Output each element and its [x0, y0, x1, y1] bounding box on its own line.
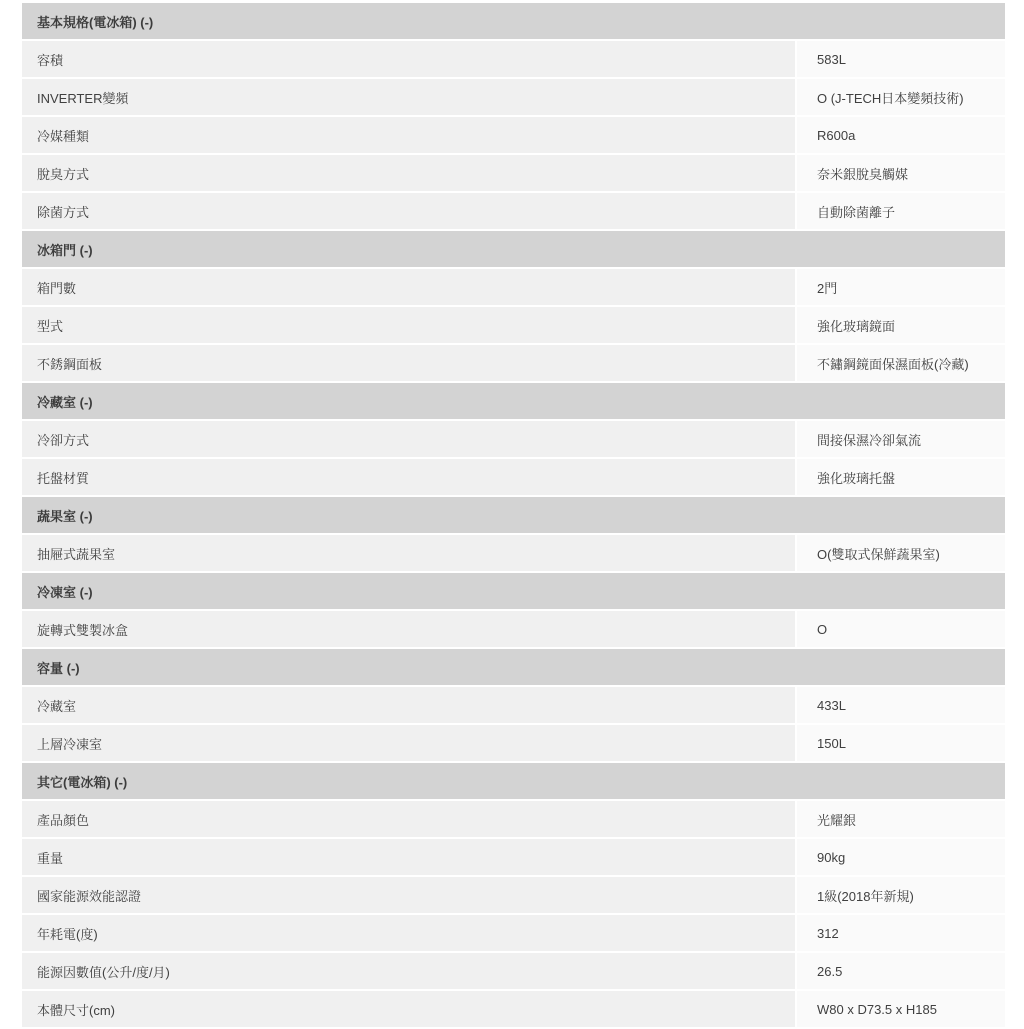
spec-value-cell: 不鏽鋼鏡面保濕面板(冷藏) — [795, 345, 1005, 381]
spec-label-cell: 箱門數 — [22, 269, 795, 305]
spec-label: 抽屜式蔬果室 — [37, 544, 115, 563]
spec-label-cell: 冷藏室 — [22, 687, 795, 723]
spec-value-cell: O — [795, 611, 1005, 647]
spec-label-cell: 重量 — [22, 839, 795, 875]
section-title: 容量 (-) — [37, 658, 80, 677]
spec-label-cell: 國家能源效能認證 — [22, 877, 795, 913]
spec-row: 容積 583L — [22, 41, 1005, 77]
spec-row: 國家能源效能認證 1級(2018年新規) — [22, 877, 1005, 913]
spec-label: 重量 — [37, 848, 63, 867]
spec-value: 583L — [817, 52, 846, 67]
spec-value-cell: 強化玻璃鏡面 — [795, 307, 1005, 343]
spec-value-cell: 26.5 — [795, 953, 1005, 989]
spec-row: 抽屜式蔬果室 O(雙取式保鮮蔬果室) — [22, 535, 1005, 571]
spec-value-cell: 583L — [795, 41, 1005, 77]
spec-label: 上層冷凍室 — [37, 734, 102, 753]
section-header[interactable]: 基本規格(電冰箱) (-) — [22, 3, 1005, 39]
section-title: 冷凍室 (-) — [37, 582, 93, 601]
spec-label: 型式 — [37, 316, 63, 335]
spec-label: 除菌方式 — [37, 202, 89, 221]
spec-label: 年耗電(度) — [37, 924, 98, 943]
spec-label-cell: 年耗電(度) — [22, 915, 795, 951]
spec-row: INVERTER變頻 O (J-TECH日本變頻技術) — [22, 79, 1005, 115]
spec-value-cell: 奈米銀脫臭觸媒 — [795, 155, 1005, 191]
spec-value-cell: 2門 — [795, 269, 1005, 305]
spec-row: 產品顏色 光耀銀 — [22, 801, 1005, 837]
spec-value-cell: 強化玻璃托盤 — [795, 459, 1005, 495]
spec-row: 冷藏室 433L — [22, 687, 1005, 723]
spec-value: 150L — [817, 736, 846, 751]
spec-label-cell: 托盤材質 — [22, 459, 795, 495]
spec-label: 冷卻方式 — [37, 430, 89, 449]
spec-value-cell: 自動除菌離子 — [795, 193, 1005, 229]
section-title: 蔬果室 (-) — [37, 506, 93, 525]
spec-value: 強化玻璃托盤 — [817, 468, 895, 487]
spec-label: 托盤材質 — [37, 468, 89, 487]
spec-label: 脫臭方式 — [37, 164, 89, 183]
spec-value-cell: 光耀銀 — [795, 801, 1005, 837]
section-title: 基本規格(電冰箱) (-) — [37, 12, 153, 31]
spec-row: 不銹鋼面板 不鏽鋼鏡面保濕面板(冷藏) — [22, 345, 1005, 381]
spec-row: 箱門數 2門 — [22, 269, 1005, 305]
section-header[interactable]: 其它(電冰箱) (-) — [22, 763, 1005, 799]
section-header[interactable]: 冷藏室 (-) — [22, 383, 1005, 419]
spec-label-cell: 抽屜式蔬果室 — [22, 535, 795, 571]
spec-value: O(雙取式保鮮蔬果室) — [817, 544, 940, 563]
spec-label: 本體尺寸(cm) — [37, 1000, 115, 1019]
section-title: 其它(電冰箱) (-) — [37, 772, 127, 791]
spec-value-cell: 90kg — [795, 839, 1005, 875]
spec-label: 國家能源效能認證 — [37, 886, 141, 905]
spec-value: O (J-TECH日本變頻技術) — [817, 88, 964, 107]
spec-row: 冷媒種類 R600a — [22, 117, 1005, 153]
spec-value: 奈米銀脫臭觸媒 — [817, 164, 908, 183]
spec-row: 托盤材質 強化玻璃托盤 — [22, 459, 1005, 495]
spec-value: O — [817, 622, 827, 637]
spec-label-cell: 容積 — [22, 41, 795, 77]
spec-row: 旋轉式雙製冰盒 O — [22, 611, 1005, 647]
spec-row: 型式 強化玻璃鏡面 — [22, 307, 1005, 343]
spec-value: 不鏽鋼鏡面保濕面板(冷藏) — [817, 354, 969, 373]
spec-label-cell: 旋轉式雙製冰盒 — [22, 611, 795, 647]
spec-value: 26.5 — [817, 964, 842, 979]
spec-row: 本體尺寸(cm) W80 x D73.5 x H185 — [22, 991, 1005, 1024]
spec-value: 433L — [817, 698, 846, 713]
spec-table: 基本規格(電冰箱) (-) 容積 583L INVERTER變頻 O (J-TE… — [22, 3, 1005, 1024]
spec-row: 上層冷凍室 150L — [22, 725, 1005, 761]
spec-label-cell: 脫臭方式 — [22, 155, 795, 191]
spec-value: 光耀銀 — [817, 810, 856, 829]
spec-label-cell: 不銹鋼面板 — [22, 345, 795, 381]
spec-value-cell: R600a — [795, 117, 1005, 153]
spec-row: 脫臭方式 奈米銀脫臭觸媒 — [22, 155, 1005, 191]
spec-value: W80 x D73.5 x H185 — [817, 1002, 937, 1017]
spec-value: 強化玻璃鏡面 — [817, 316, 895, 335]
spec-label-cell: 冷媒種類 — [22, 117, 795, 153]
spec-value: 自動除菌離子 — [817, 202, 895, 221]
spec-value-cell: O(雙取式保鮮蔬果室) — [795, 535, 1005, 571]
spec-value: 2門 — [817, 278, 837, 297]
spec-value: R600a — [817, 128, 855, 143]
spec-value-cell: 間接保濕冷卻氣流 — [795, 421, 1005, 457]
spec-label-cell: 除菌方式 — [22, 193, 795, 229]
spec-value: 間接保濕冷卻氣流 — [817, 430, 921, 449]
section-header[interactable]: 冰箱門 (-) — [22, 231, 1005, 267]
section-header[interactable]: 冷凍室 (-) — [22, 573, 1005, 609]
spec-value: 1級(2018年新規) — [817, 886, 914, 905]
spec-label-cell: 本體尺寸(cm) — [22, 991, 795, 1024]
spec-value: 312 — [817, 926, 839, 941]
section-title: 冰箱門 (-) — [37, 240, 93, 259]
spec-value-cell: O (J-TECH日本變頻技術) — [795, 79, 1005, 115]
spec-value-cell: 1級(2018年新規) — [795, 877, 1005, 913]
spec-value-cell: W80 x D73.5 x H185 — [795, 991, 1005, 1024]
spec-row: 年耗電(度) 312 — [22, 915, 1005, 951]
spec-label: 不銹鋼面板 — [37, 354, 102, 373]
spec-row: 除菌方式 自動除菌離子 — [22, 193, 1005, 229]
spec-value-cell: 433L — [795, 687, 1005, 723]
spec-label: 箱門數 — [37, 278, 76, 297]
spec-label: 能源因數值(公升/度/月) — [37, 962, 170, 981]
spec-label: 旋轉式雙製冰盒 — [37, 620, 128, 639]
spec-label-cell: 冷卻方式 — [22, 421, 795, 457]
section-title: 冷藏室 (-) — [37, 392, 93, 411]
spec-label: 產品顏色 — [37, 810, 89, 829]
spec-row: 能源因數值(公升/度/月) 26.5 — [22, 953, 1005, 989]
spec-label: INVERTER變頻 — [37, 88, 129, 107]
spec-value-cell: 312 — [795, 915, 1005, 951]
spec-label: 冷媒種類 — [37, 126, 89, 145]
spec-label-cell: 能源因數值(公升/度/月) — [22, 953, 795, 989]
spec-label-cell: 產品顏色 — [22, 801, 795, 837]
spec-value-cell: 150L — [795, 725, 1005, 761]
section-header[interactable]: 容量 (-) — [22, 649, 1005, 685]
section-header[interactable]: 蔬果室 (-) — [22, 497, 1005, 533]
spec-label-cell: 型式 — [22, 307, 795, 343]
spec-label: 冷藏室 — [37, 696, 76, 715]
spec-row: 冷卻方式 間接保濕冷卻氣流 — [22, 421, 1005, 457]
spec-label-cell: 上層冷凍室 — [22, 725, 795, 761]
spec-row: 重量 90kg — [22, 839, 1005, 875]
spec-label-cell: INVERTER變頻 — [22, 79, 795, 115]
spec-value: 90kg — [817, 850, 845, 865]
spec-label: 容積 — [37, 50, 63, 69]
